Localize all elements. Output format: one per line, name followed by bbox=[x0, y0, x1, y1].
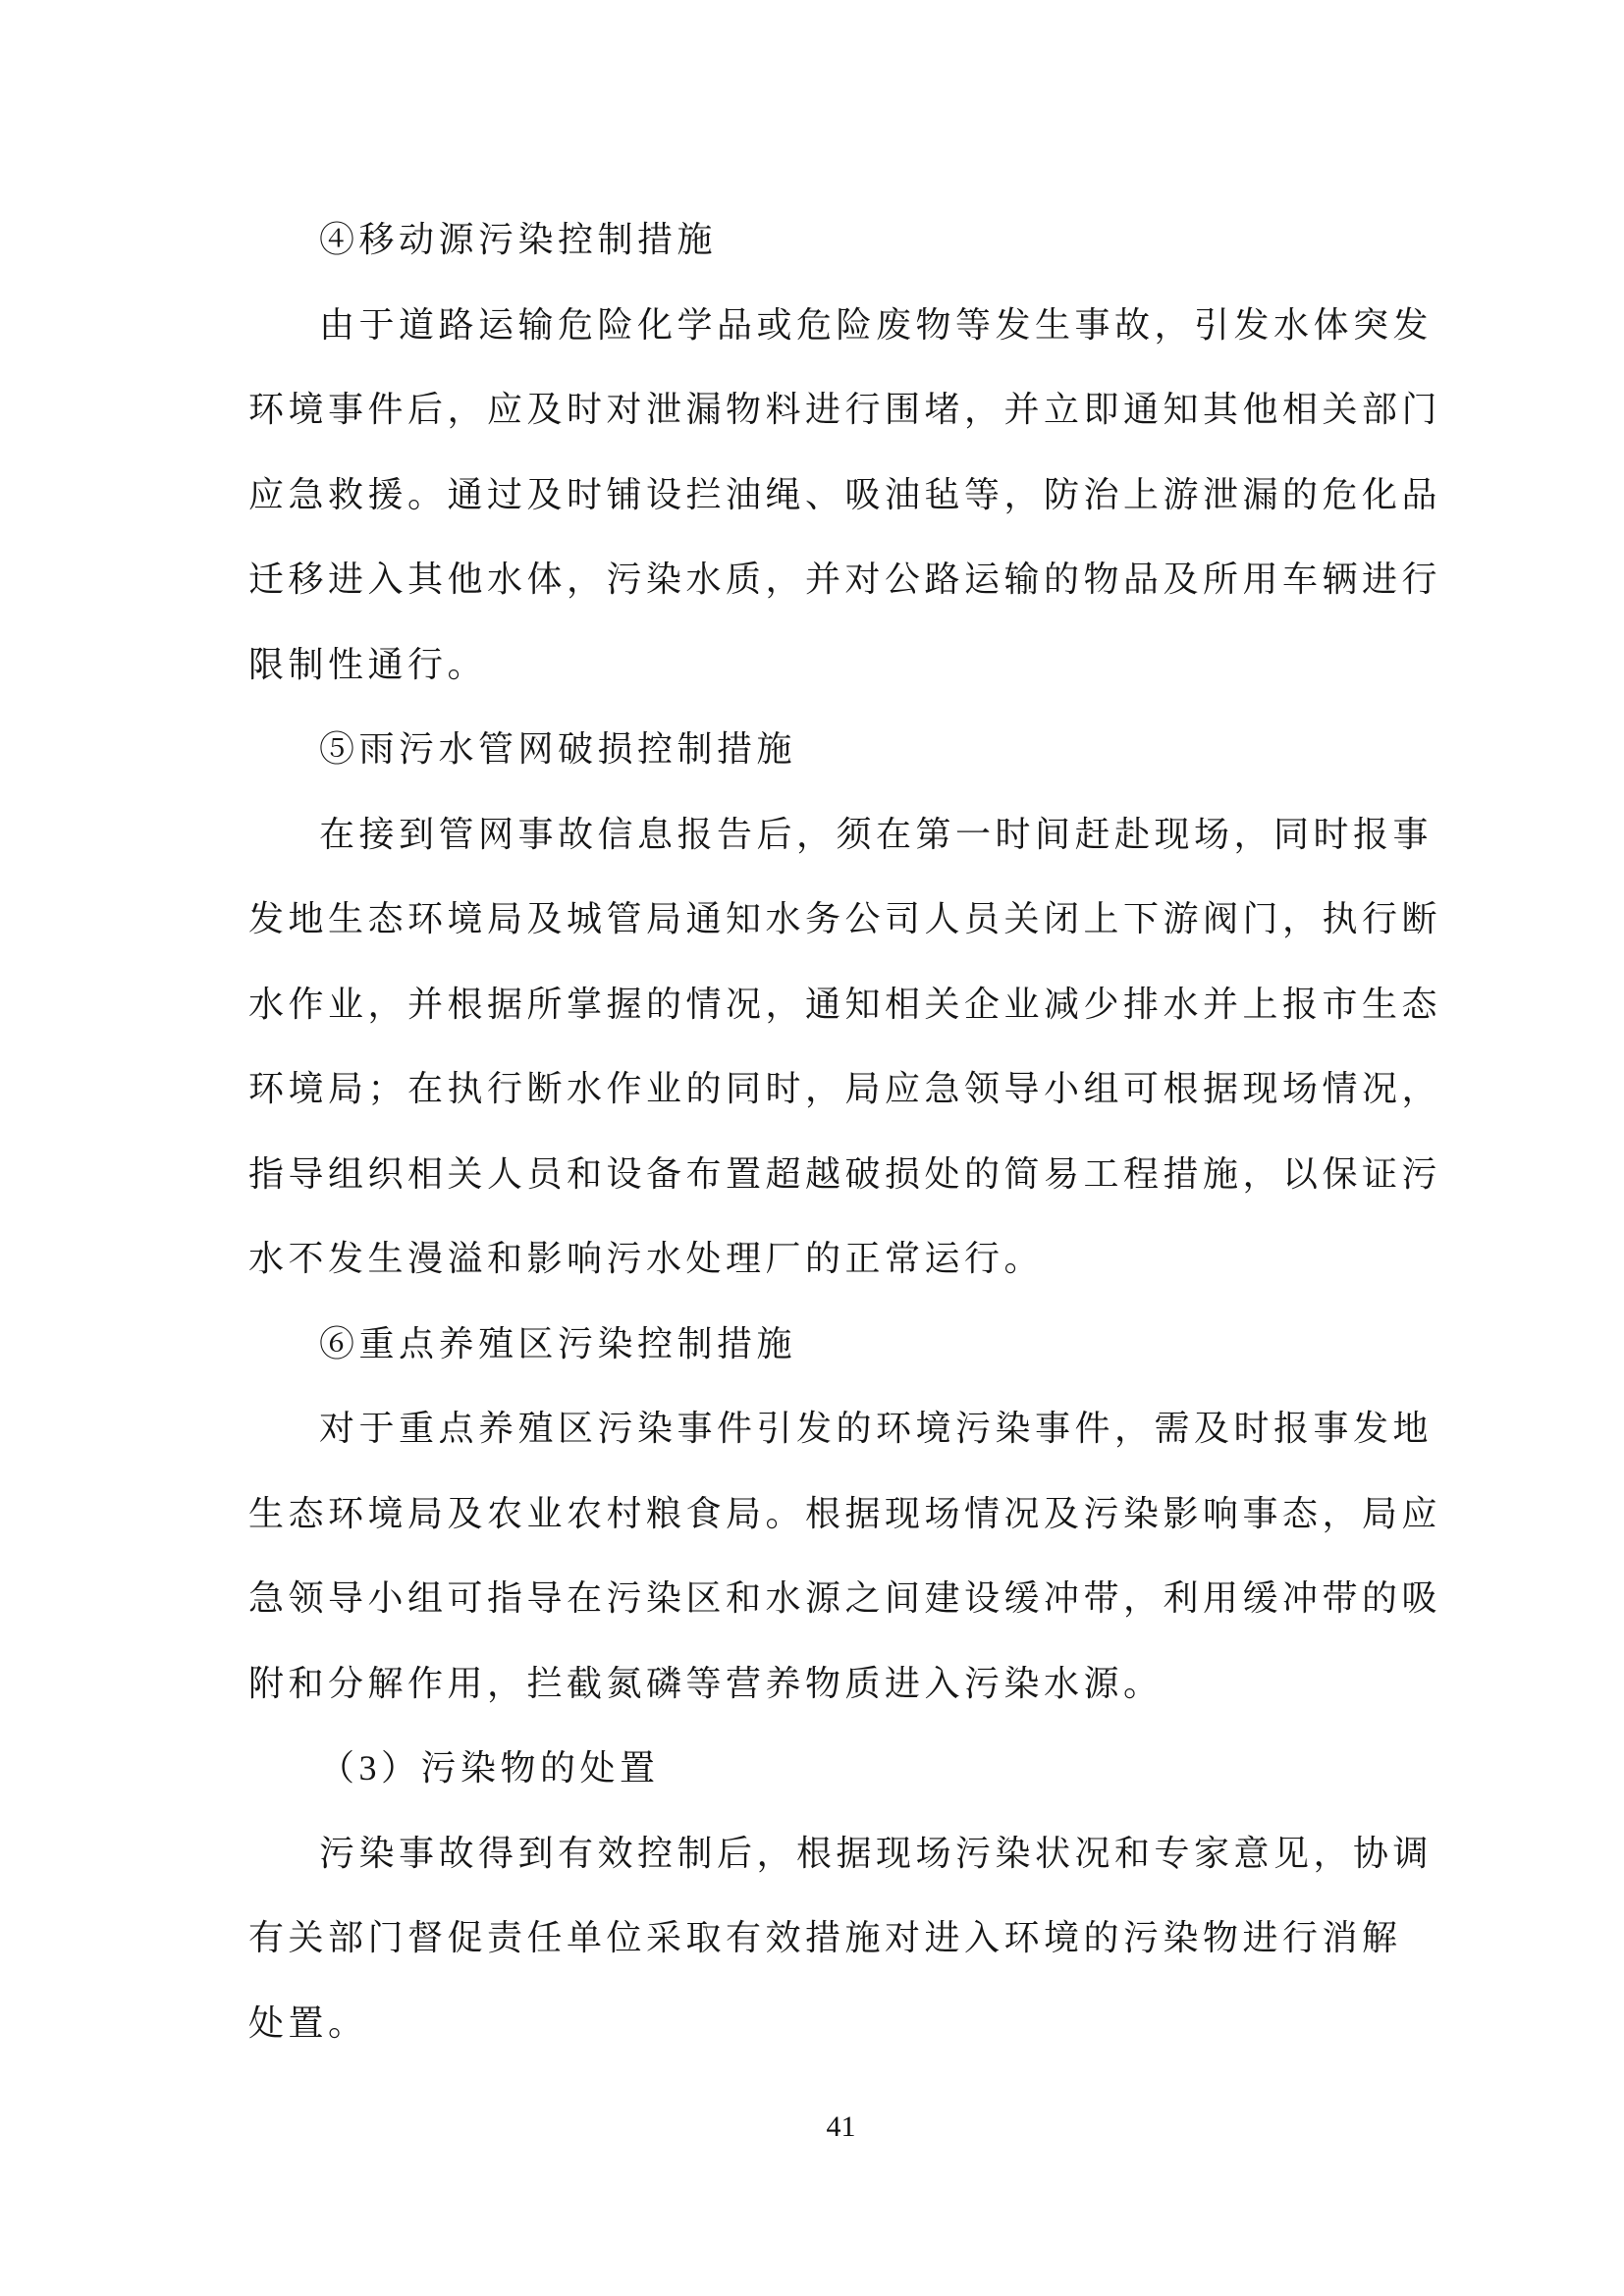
text-line: ⑥重点养殖区污染控制措施 bbox=[248, 1302, 1466, 1387]
text-line: 有关部门督促责任单位采取有效措施对进入环境的污染物进行消解 bbox=[248, 1896, 1466, 1981]
page-number: 41 bbox=[248, 2106, 1434, 2149]
text-line: 对于重点养殖区污染事件引发的环境污染事件，需及时报事发地 bbox=[248, 1386, 1466, 1471]
text-line: 发地生态环境局及城管局通知水务公司人员关闭上下游阀门，执行断 bbox=[248, 877, 1466, 962]
text-line: 限制性通行。 bbox=[248, 622, 1466, 708]
text-line: 污染事故得到有效控制后，根据现场污染状况和专家意见，协调 bbox=[248, 1811, 1466, 1896]
document-body: ④移动源污染控制措施由于道路运输危险化学品或危险废物等发生事故，引发水体突发环境… bbox=[248, 197, 1466, 2065]
text-line: 环境事件后，应及时对泄漏物料进行围堵，并立即通知其他相关部门 bbox=[248, 367, 1466, 453]
text-line: ⑤雨污水管网破损控制措施 bbox=[248, 707, 1466, 792]
text-line: 应急救援。通过及时铺设拦油绳、吸油毡等，防治上游泄漏的危化品 bbox=[248, 453, 1466, 538]
text-line: （3）污染物的处置 bbox=[248, 1726, 1466, 1811]
text-line: 急领导小组可指导在污染区和水源之间建设缓冲带，利用缓冲带的吸 bbox=[248, 1556, 1466, 1641]
text-line: 生态环境局及农业农村粮食局。根据现场情况及污染影响事态，局应 bbox=[248, 1471, 1466, 1557]
text-line: 附和分解作用，拦截氮磷等营养物质进入污染水源。 bbox=[248, 1641, 1466, 1727]
text-line: 处置。 bbox=[248, 1981, 1466, 2066]
text-line: 迁移进入其他水体，污染水质，并对公路运输的物品及所用车辆进行 bbox=[248, 537, 1466, 622]
text-line: 水作业，并根据所掌握的情况，通知相关企业减少排水并上报市生态 bbox=[248, 962, 1466, 1047]
document-page: ④移动源污染控制措施由于道路运输危险化学品或危险废物等发生事故，引发水体突发环境… bbox=[0, 0, 1624, 2296]
text-line: 环境局；在执行断水作业的同时，局应急领导小组可根据现场情况， bbox=[248, 1046, 1466, 1132]
text-line: 在接到管网事故信息报告后，须在第一时间赶赴现场，同时报事 bbox=[248, 792, 1466, 878]
text-line: 指导组织相关人员和设备布置超越破损处的简易工程措施，以保证污 bbox=[248, 1132, 1466, 1217]
text-line: ④移动源污染控制措施 bbox=[248, 197, 1466, 283]
text-line: 由于道路运输危险化学品或危险废物等发生事故，引发水体突发 bbox=[248, 283, 1466, 368]
text-line: 水不发生漫溢和影响污水处理厂的正常运行。 bbox=[248, 1216, 1466, 1302]
